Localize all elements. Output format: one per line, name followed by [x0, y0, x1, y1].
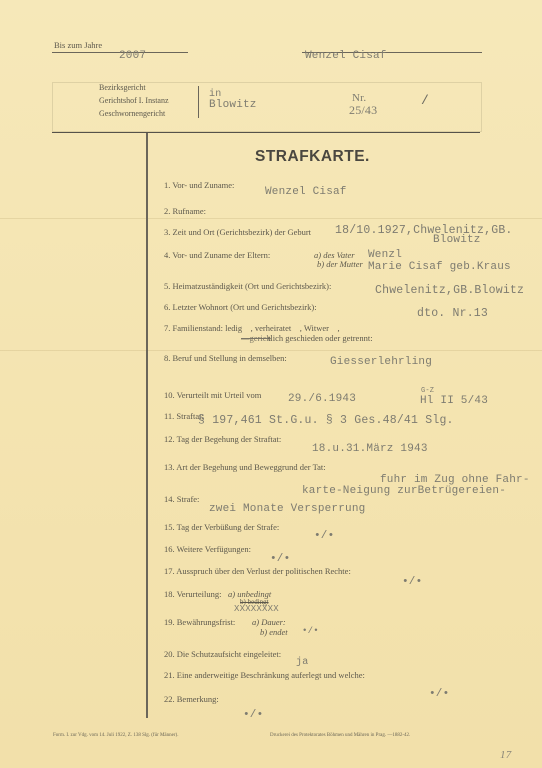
field-12-label: 12. Tag der Begehung der Straftat:	[164, 434, 281, 444]
page-title: STRAFKARTE.	[255, 148, 370, 166]
field-19-sub-b: b) endet	[260, 627, 288, 637]
field-7-label-2: tlich geschieden oder getrennt:	[268, 333, 373, 343]
field-17-value: •/•	[402, 576, 422, 588]
printer-note: Druckerei des Protektorates Böhmen und M…	[270, 733, 410, 738]
field-13-value-2: karte-Neigung zurBetrügereien-	[302, 485, 506, 497]
field-3-value-2: Blowitz	[433, 234, 481, 246]
field-8-value: Giesserlehrling	[330, 356, 432, 368]
field-6-label: 6. Letzter Wohnort (Ort und Gerichtsbezi…	[164, 302, 317, 312]
field-5-label: 5. Heimatzuständigkeit (Ort und Gerichts…	[164, 281, 331, 291]
court-location: Blowitz	[209, 99, 257, 111]
field-10-value: 29./6.1943	[288, 393, 356, 405]
field-3-label: 3. Zeit und Ort (Gerichtsbezirk) der Geb…	[164, 227, 311, 237]
field-16-label: 16. Weitere Verfügungen:	[164, 544, 251, 554]
page-mark: 17	[500, 749, 511, 761]
field-4-sub-b: b) der Mutter	[317, 259, 363, 269]
header-rule	[52, 132, 480, 133]
document-page: Bis zum Jahre 2007 Wenzel Cisaf Bezirksg…	[0, 0, 542, 768]
field-5-value: Chwelenitz,GB.Blowitz	[375, 284, 524, 297]
field-17-label: 17. Ausspruch über den Verlust der polit…	[164, 566, 351, 576]
field-7-struck: —gerich	[241, 333, 271, 343]
field-11-value: § 197,461 St.G.u. § 3 Ges.48/41 Slg.	[198, 414, 454, 427]
field-18-label: 18. Verurteilung:	[164, 589, 221, 599]
field-4-value-a: Wenzl	[368, 249, 402, 261]
court-type-1: Bezirksgericht	[99, 83, 146, 92]
field-7-label: 7. Familienstand: ledig , verheiratet , …	[164, 323, 340, 333]
field-6-value: dto. Nr.13	[417, 307, 488, 320]
bis-zum-jahre-value: 2007	[119, 50, 146, 62]
field-1-value: Wenzel Cisaf	[265, 186, 347, 198]
field-14-value: zwei Monate Versperrung	[209, 503, 365, 515]
court-type-2: Gerichtshof I. Instanz	[99, 96, 169, 105]
bis-zum-jahre-label: Bis zum Jahre	[54, 40, 102, 50]
form-note: Form. I. zur Vdg. vom 14. Juli 1922, Z. …	[53, 733, 178, 738]
field-3-value: 18/10.1927,Chwelenitz,GB.	[335, 224, 513, 237]
field-22-value: •/•	[243, 709, 263, 721]
field-4-label: 4. Vor- und Zuname der Eltern:	[164, 250, 270, 260]
field-4-value-b: Marie Cisaf geb.Kraus	[368, 261, 511, 273]
field-21-label: 21. Eine anderweitige Beschränkung aufer…	[164, 670, 365, 680]
field-15-label: 15. Tag der Verbüßung der Strafe:	[164, 522, 279, 532]
margin-rule	[146, 133, 148, 718]
field-19-value-b: •/•	[302, 626, 319, 636]
field-1-label: 1. Vor- und Zuname:	[164, 180, 234, 190]
field-8-label: 8. Beruf und Stellung in demselben:	[164, 353, 287, 363]
field-14-label: 14. Strafe:	[164, 494, 199, 504]
slash-mark: /	[421, 93, 429, 108]
field-10-ref: Hl II 5/43	[420, 395, 488, 407]
court-type-3: Geschwornengericht	[99, 109, 165, 118]
field-2-label: 2. Rufname:	[164, 206, 206, 216]
field-16-value: •/•	[270, 553, 290, 565]
field-10-label: 10. Verurteilt mit Urteil vom	[164, 390, 261, 400]
fold-line	[0, 350, 542, 351]
field-13-label: 13. Art der Begehung und Beweggrund der …	[164, 462, 326, 472]
field-21-value: •/•	[429, 688, 449, 700]
field-15-value: •/•	[314, 530, 334, 542]
field-12-value: 18.u.31.März 1943	[312, 443, 428, 455]
field-18-value: XXXXXXXX	[234, 604, 279, 614]
field-19-sub-a: a) Dauer:	[252, 617, 286, 627]
field-22-label: 22. Bemerkung:	[164, 694, 219, 704]
divider	[198, 86, 199, 118]
field-20-value: ja	[296, 657, 308, 668]
field-19-label: 19. Bewährungsfrist:	[164, 617, 235, 627]
field-20-label: 20. Die Schutzaufsicht eingeleitet:	[164, 649, 281, 659]
header-name: Wenzel Cisaf	[305, 50, 387, 62]
field-10-ref-sup: G-Z	[421, 387, 434, 395]
fold-line	[0, 218, 542, 219]
nr-value: 25/43	[349, 103, 377, 118]
